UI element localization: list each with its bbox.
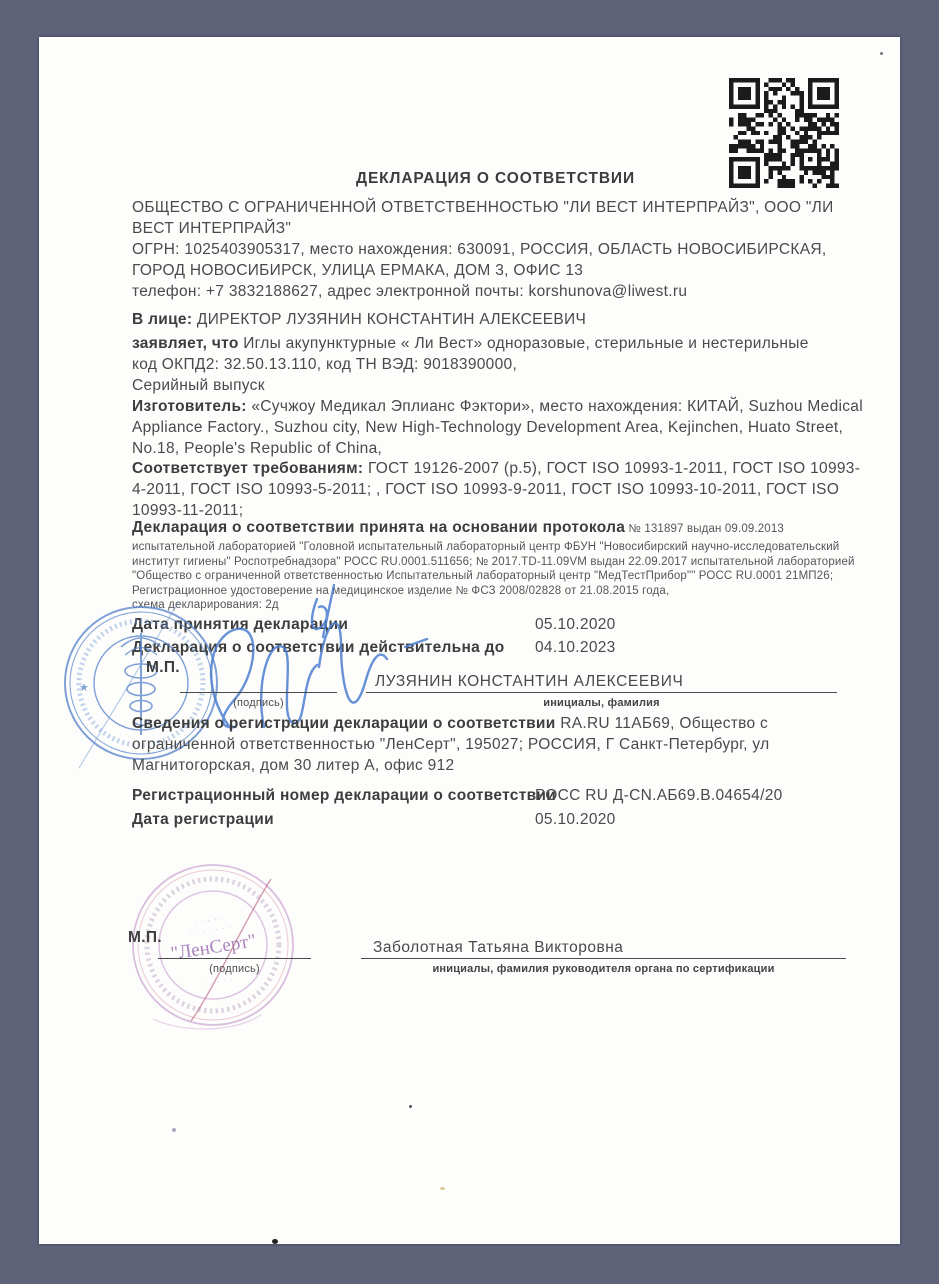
name-caption-2: инициалы, фамилия руководителя органа по… xyxy=(361,963,846,975)
registration-number-label: Регистрационный номер декларации о соотв… xyxy=(132,785,556,806)
manufacturer-line3: No.18, People's Republic of China, xyxy=(132,438,863,459)
applicant-line: телефон: +7 3832188627, адрес электронно… xyxy=(132,281,834,302)
applicant-line: ВЕСТ ИНТЕРПРАЙЗ" xyxy=(132,218,834,239)
signature-line xyxy=(180,692,337,693)
product-serial: Серийный выпуск xyxy=(132,375,863,396)
declares-label: заявляет, что xyxy=(132,335,239,352)
requirements-line1: ГОСТ 19126-2007 (р.5), ГОСТ ISO 10993-1-… xyxy=(363,460,860,477)
stamp-place-label-1: М.П. xyxy=(146,657,180,678)
valid-until-value: 04.10.2023 xyxy=(535,637,616,658)
registration-info-label: Сведения о регистрации декларации о соот… xyxy=(132,715,556,732)
registration-info-line3: Магнитогорская, дом 30 литер А, офис 912 xyxy=(132,755,769,776)
svg-text:★: ★ xyxy=(79,682,89,694)
scan-speck xyxy=(880,52,883,55)
protocol-detail-line: испытательной лабораторией "Головной исп… xyxy=(132,540,855,555)
requirements-line2: 4-2011, ГОСТ ISO 10993-5-2011; , ГОСТ IS… xyxy=(132,479,860,500)
requirements-label: Соответствует требованиям: xyxy=(132,460,363,477)
registration-info-line2: ограниченной ответственностью "ЛенСерт",… xyxy=(132,734,769,755)
protocol-number: № 131897 выдан 09.09.2013 xyxy=(625,523,784,535)
applicant-line: ОГРН: 1025403905317, место нахождения: 6… xyxy=(132,239,834,260)
sign-caption-1: (подпись) xyxy=(180,697,337,709)
applicant-line: ОБЩЕСТВО С ОГРАНИЧЕННОЙ ОТВЕТСТВЕННОСТЬЮ… xyxy=(132,197,834,218)
scan-speck xyxy=(409,1105,412,1108)
declarant-name: ЛУЗЯНИН КОНСТАНТИН АЛЕКСЕЕВИЧ xyxy=(375,671,683,692)
product-codes: код ОКПД2: 32.50.13.110, код ТН ВЭД: 901… xyxy=(132,354,863,375)
scan-speck xyxy=(272,1239,278,1244)
requirements-block: Соответствует требованиям: ГОСТ 19126-20… xyxy=(132,458,860,521)
applicant-block: ОБЩЕСТВО С ОГРАНИЧЕННОЙ ОТВЕТСТВЕННОСТЬЮ… xyxy=(132,197,834,302)
manufacturer-line2: Appliance Factory., Suzhou city, New Hig… xyxy=(132,417,863,438)
product-name: Иглы акупунктурные « Ли Вест» одноразовы… xyxy=(239,335,809,352)
protocol-heading: Декларация о соответствии принята на осн… xyxy=(132,517,784,538)
name-line xyxy=(366,692,837,693)
registration-info-line1: RA.RU 11АБ69, Общество с xyxy=(556,715,769,732)
scan-speck xyxy=(172,1128,176,1132)
product-block: заявляет, что Иглы акупунктурные « Ли Ве… xyxy=(132,333,863,459)
registration-date-label: Дата регистрации xyxy=(132,809,274,830)
adoption-date-value: 05.10.2020 xyxy=(535,614,616,635)
name-caption-1: инициалы, фамилия xyxy=(366,697,837,709)
stamp-lensert-text: "ЛенСерт" xyxy=(169,930,257,964)
registration-number-value: РОСС RU Д-CN.АБ69.В.04654/20 xyxy=(535,785,783,806)
svg-text:· · · · ·: · · · · · xyxy=(203,975,234,989)
sign-caption-2: (подпись) xyxy=(158,963,311,975)
protocol-label: Декларация о соответствии принята на осн… xyxy=(132,519,625,536)
document-page: ДЕКЛАРАЦИЯ О СООТВЕТСТВИИ ОБЩЕСТВО С ОГР… xyxy=(39,37,900,1244)
representative-label: В лице: xyxy=(132,311,192,328)
manufacturer-label: Изготовитель: xyxy=(132,398,247,415)
representative-value: ДИРЕКТОР ЛУЗЯНИН КОНСТАНТИН АЛЕКСЕЕВИЧ xyxy=(192,311,586,328)
registration-date-value: 05.10.2020 xyxy=(535,809,616,830)
applicant-line: ГОРОД НОВОСИБИРСК, УЛИЦА ЕРМАКА, ДОМ 3, … xyxy=(132,260,834,281)
protocol-detail-line: институт гигиены" Роспотребнадзора" РОСС… xyxy=(132,555,855,570)
stamp-place-label-2: М.П. xyxy=(128,927,162,948)
name-line-2 xyxy=(361,958,846,959)
page-title: ДЕКЛАРАЦИЯ О СООТВЕТСТВИИ xyxy=(132,170,859,188)
registration-info-block: Сведения о регистрации декларации о соот… xyxy=(132,713,769,776)
signature-line-2 xyxy=(158,958,311,959)
representative-line: В лице: ДИРЕКТОР ЛУЗЯНИН КОНСТАНТИН АЛЕК… xyxy=(132,309,586,330)
certifier-name: Заболотная Татьяна Викторовна xyxy=(373,937,623,958)
manufacturer-value: «Сучжоу Медикал Эплианс Фэктори», место … xyxy=(247,398,863,415)
scan-speck xyxy=(440,1187,445,1190)
